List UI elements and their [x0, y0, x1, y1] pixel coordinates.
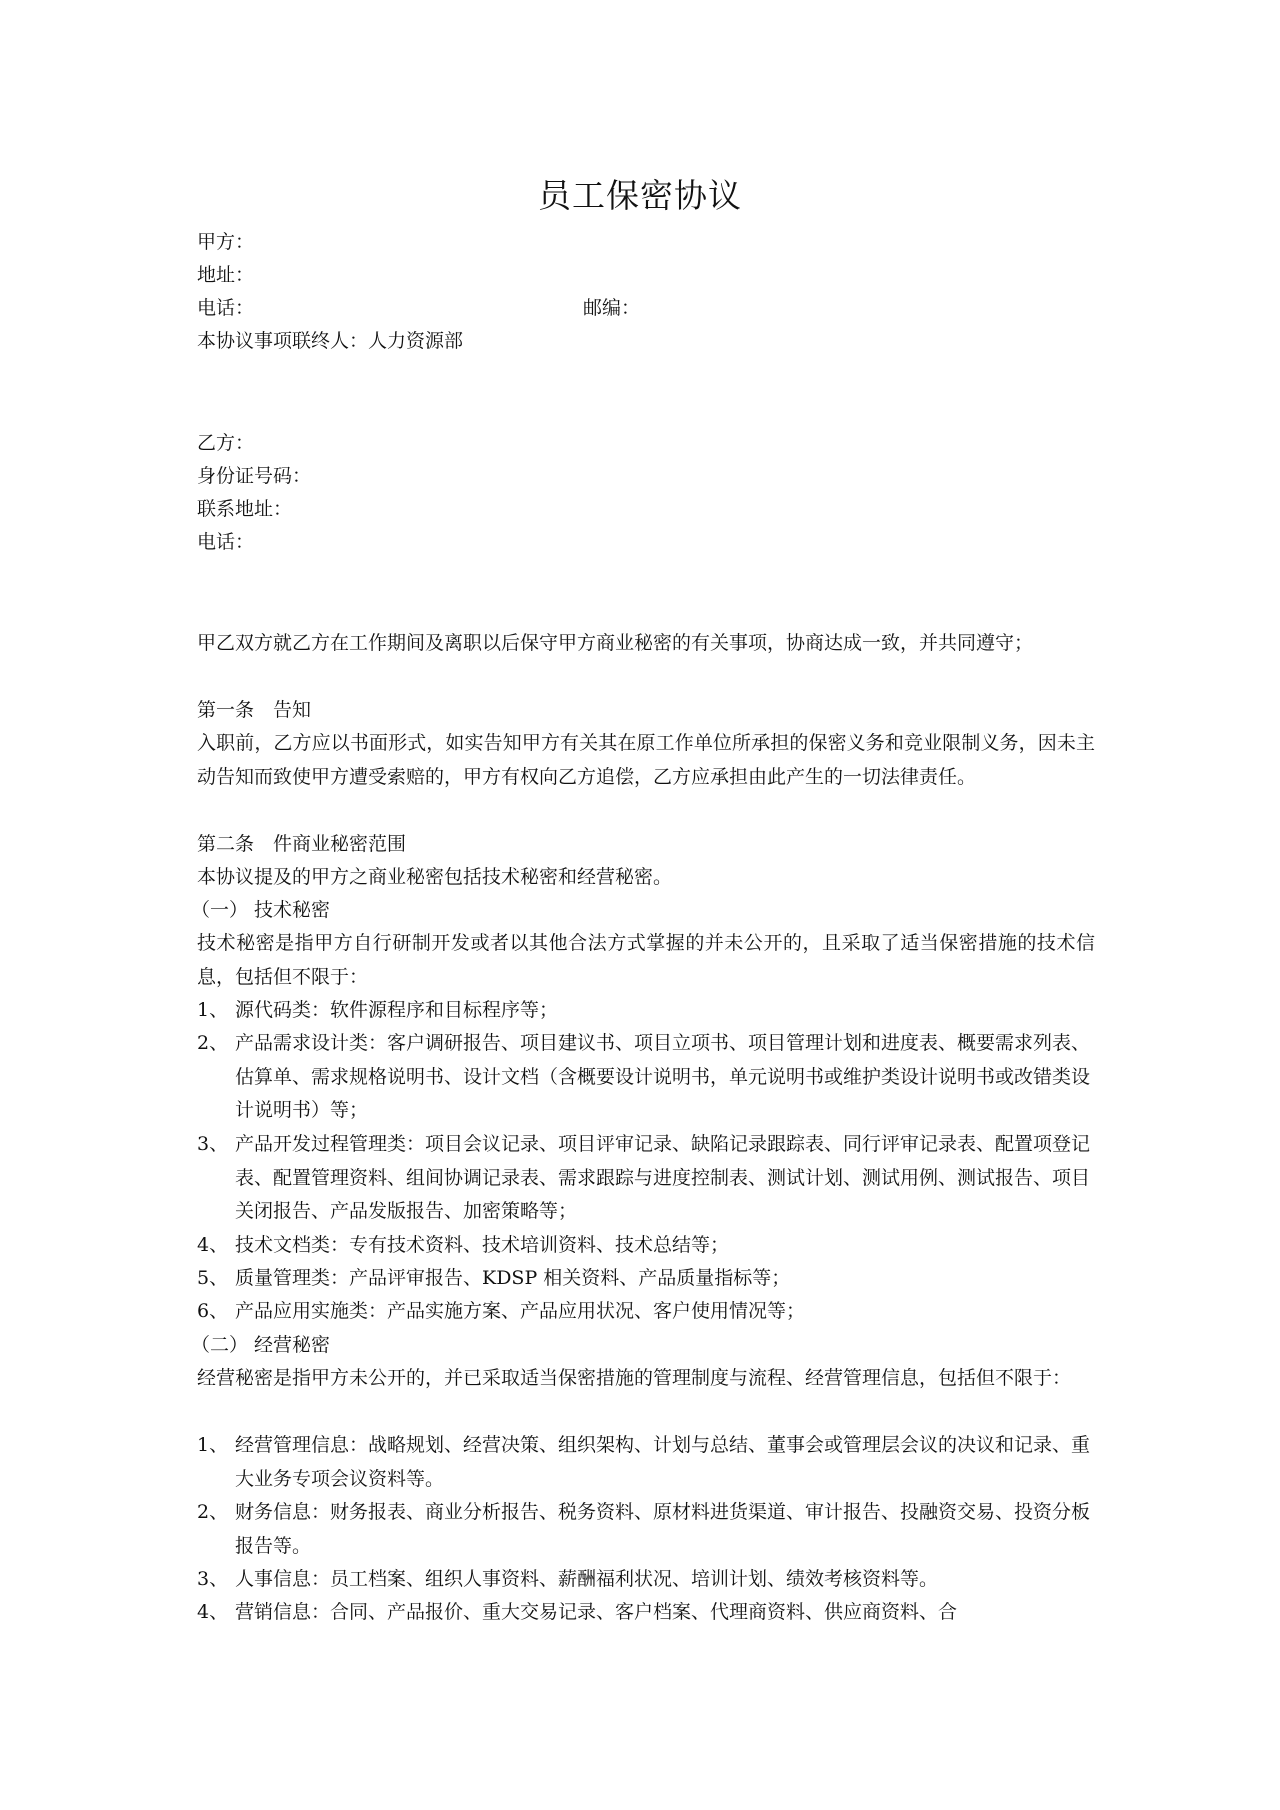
business-item-text: 人事信息：员工档案、组织人事资料、薪酬福利状况、培训计划、绩效考核资料等。	[235, 1563, 1095, 1597]
business-secrets-intro: 经营秘密是指甲方未公开的，并已采取适当保密措施的管理制度与流程、经营管理信息，包…	[197, 1362, 1095, 1396]
party-b-id-label: 身份证号码：	[197, 460, 311, 493]
business-item: 2、 财务信息：财务报表、商业分析报告、税务资料、原材料进货渠道、审计报告、投融…	[197, 1496, 1095, 1563]
article-2-intro: 本协议提及的甲方之商业秘密包括技术秘密和经营秘密。	[197, 861, 672, 894]
tech-item-text: 源代码类：软件源程序和目标程序等；	[235, 994, 1095, 1028]
article-2-heading: 第二条 件商业秘密范围	[197, 828, 406, 861]
tech-item-number: 5、	[197, 1262, 235, 1296]
party-b-phone-label: 电话：	[197, 526, 254, 559]
business-item-number: 3、	[197, 1563, 235, 1597]
party-a-postcode-label: 邮编：	[583, 292, 640, 325]
business-item-number: 2、	[197, 1496, 235, 1530]
tech-secrets-intro: 技术秘密是指甲方自行研制开发或者以其他合法方式掌握的并未公开的，且采取了适当保密…	[197, 927, 1095, 994]
article-1-heading: 第一条 告知	[197, 694, 311, 727]
tech-item-number: 1、	[197, 994, 235, 1028]
business-item-text: 营销信息：合同、产品报价、重大交易记录、客户档案、代理商资料、供应商资料、合	[235, 1596, 1095, 1630]
tech-item-text: 产品应用实施类：产品实施方案、产品应用状况、客户使用情况等；	[235, 1295, 1095, 1329]
tech-item: 5、 质量管理类：产品评审报告、KDSP 相关资料、产品质量指标等；	[197, 1262, 1095, 1296]
document-page: 员工保密协议 甲方： 地址： 电话： 邮编： 本协议事项联终人：人力资源部 乙方…	[0, 0, 1280, 1810]
party-b-address-label: 联系地址：	[197, 493, 292, 526]
tech-item-text: 产品开发过程管理类：项目会议记录、项目评审记录、缺陷记录跟踪表、同行评审记录表、…	[235, 1128, 1095, 1229]
party-a-contact-label: 本协议事项联终人：人力资源部	[197, 325, 463, 358]
tech-item-number: 2、	[197, 1027, 235, 1061]
document-title: 员工保密协议	[0, 170, 1280, 217]
tech-item-text: 产品需求设计类：客户调研报告、项目建议书、项目立项书、项目管理计划和进度表、概要…	[235, 1027, 1095, 1128]
tech-item: 4、 技术文档类：专有技术资料、技术培训资料、技术总结等；	[197, 1229, 1095, 1263]
tech-item: 1、 源代码类：软件源程序和目标程序等；	[197, 994, 1095, 1028]
business-item: 3、 人事信息：员工档案、组织人事资料、薪酬福利状况、培训计划、绩效考核资料等。	[197, 1563, 1095, 1597]
tech-item-number: 3、	[197, 1128, 235, 1162]
article-1-body: 入职前，乙方应以书面形式，如实告知甲方有关其在原工作单位所承担的保密义务和竞业限…	[197, 727, 1095, 794]
business-item-number: 1、	[197, 1429, 235, 1463]
business-item-number: 4、	[197, 1596, 235, 1630]
tech-item-text: 技术文档类：专有技术资料、技术培训资料、技术总结等；	[235, 1229, 1095, 1263]
business-item-text: 财务信息：财务报表、商业分析报告、税务资料、原材料进货渠道、审计报告、投融资交易…	[235, 1496, 1095, 1563]
preamble-paragraph: 甲乙双方就乙方在工作期间及离职以后保守甲方商业秘密的有关事项，协商达成一致，并共…	[197, 627, 1095, 661]
tech-item: 2、 产品需求设计类：客户调研报告、项目建议书、项目立项书、项目管理计划和进度表…	[197, 1027, 1095, 1128]
tech-item: 3、 产品开发过程管理类：项目会议记录、项目评审记录、缺陷记录跟踪表、同行评审记…	[197, 1128, 1095, 1229]
party-a-address-label: 地址：	[197, 259, 254, 292]
tech-item-number: 6、	[197, 1295, 235, 1329]
business-item-text: 经营管理信息：战略规划、经营决策、组织架构、计划与总结、董事会或管理层会议的决议…	[235, 1429, 1095, 1496]
tech-secrets-heading: （一） 技术秘密	[191, 894, 330, 927]
party-a-phone-label: 电话：	[197, 292, 254, 325]
tech-item-number: 4、	[197, 1229, 235, 1263]
business-secrets-heading: （二） 经营秘密	[191, 1329, 330, 1362]
business-item: 4、 营销信息：合同、产品报价、重大交易记录、客户档案、代理商资料、供应商资料、…	[197, 1596, 1095, 1630]
tech-item-text: 质量管理类：产品评审报告、KDSP 相关资料、产品质量指标等；	[235, 1262, 1095, 1296]
party-b-label: 乙方：	[197, 427, 254, 460]
tech-item: 6、 产品应用实施类：产品实施方案、产品应用状况、客户使用情况等；	[197, 1295, 1095, 1329]
party-a-label: 甲方：	[197, 226, 254, 259]
business-item: 1、 经营管理信息：战略规划、经营决策、组织架构、计划与总结、董事会或管理层会议…	[197, 1429, 1095, 1496]
